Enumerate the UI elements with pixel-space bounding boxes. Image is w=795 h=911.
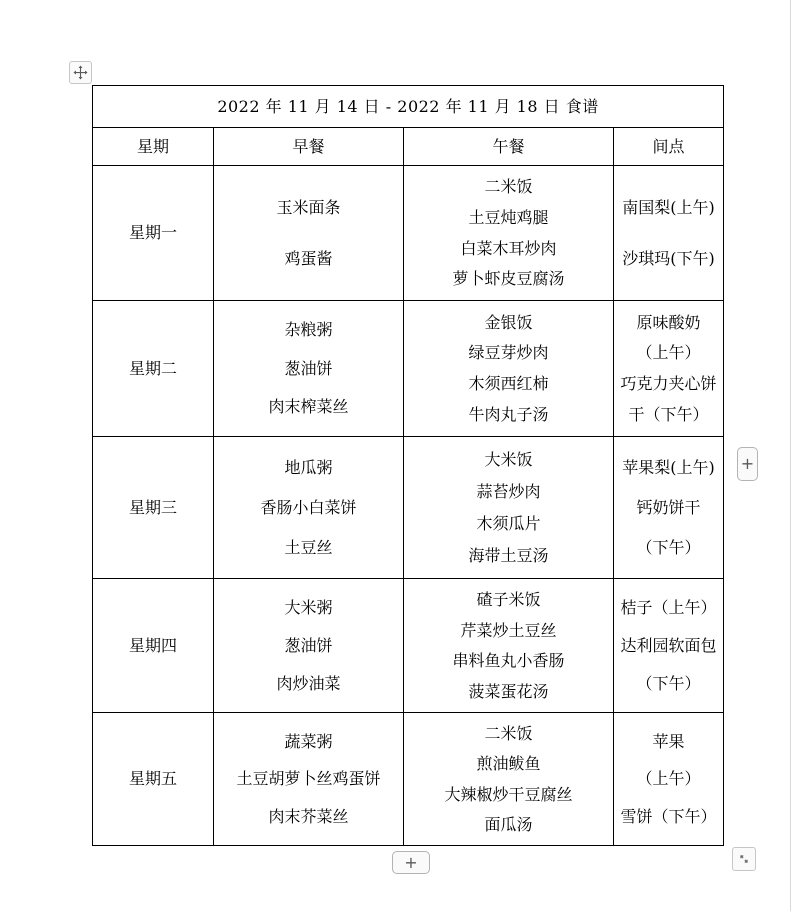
day-cell[interactable]: 星期二	[93, 301, 214, 437]
add-column-button[interactable]: +	[737, 447, 758, 481]
plus-icon: +	[404, 855, 417, 871]
menu-item: 葱油饼	[284, 359, 332, 378]
plus-icon: +	[741, 456, 754, 472]
breakfast-cell[interactable]: 杂粮粥 葱油饼 肉末榨菜丝	[214, 301, 404, 437]
menu-item: 二米饭	[484, 177, 532, 196]
resize-icon	[737, 852, 751, 866]
menu-item: 干（下午）	[629, 405, 709, 424]
menu-item: 地瓜粥	[284, 458, 332, 477]
table-row-wednesday: 星期三 地瓜粥 香肠小白菜饼 土豆丝 大米饭 蒜苔炒肉 木须瓜片 海带土豆汤 苹…	[93, 437, 724, 579]
menu-item: 苹果	[653, 732, 685, 751]
menu-item: 肉末芥菜丝	[268, 807, 348, 826]
lunch-cell[interactable]: 大米饭 蒜苔炒肉 木须瓜片 海带土豆汤	[404, 437, 614, 579]
menu-item: 南国梨(上午)	[622, 198, 715, 217]
day-label: 星期二	[129, 359, 177, 378]
table-row-monday: 星期一 玉米面条 鸡蛋酱 二米饭 土豆炖鸡腿 白菜木耳炒肉 萝卜虾皮豆腐汤 南国…	[93, 166, 724, 301]
day-label: 星期五	[129, 769, 177, 788]
menu-item: （下午）	[637, 674, 701, 693]
lunch-cell[interactable]: 金银饭 绿豆芽炒肉 木须西红柿 牛肉丸子汤	[404, 301, 614, 437]
header-row: 星期 早餐 午餐 间点	[93, 128, 724, 166]
menu-item: （上午）	[637, 343, 701, 362]
menu-item: 桔子（上午）	[621, 598, 717, 617]
menu-item: 土豆丝	[284, 538, 332, 557]
menu-item: 沙琪玛(下午)	[622, 249, 715, 268]
menu-item: 达利园软面包	[621, 636, 717, 655]
day-label: 星期一	[129, 223, 177, 242]
lunch-cell[interactable]: 二米饭 煎油鲅鱼 大辣椒炒干豆腐丝 面瓜汤	[404, 713, 614, 846]
breakfast-cell[interactable]: 大米粥 葱油饼 肉炒油菜	[214, 579, 404, 713]
menu-item: 大米粥	[284, 598, 332, 617]
menu-item: 香肠小白菜饼	[260, 498, 356, 517]
day-cell[interactable]: 星期一	[93, 166, 214, 301]
menu-item: 金银饭	[484, 313, 532, 332]
menu-item: 绿豆芽炒肉	[468, 343, 548, 362]
table-row-tuesday: 星期二 杂粮粥 葱油饼 肉末榨菜丝 金银饭 绿豆芽炒肉 木须西红柿 牛肉丸子汤 …	[93, 301, 724, 437]
menu-item: 杂粮粥	[284, 320, 332, 339]
menu-item: 海带土豆汤	[468, 546, 548, 565]
menu-item: 巧克力夹心饼	[621, 374, 717, 393]
day-label: 星期三	[129, 498, 177, 517]
breakfast-cell[interactable]: 地瓜粥 香肠小白菜饼 土豆丝	[214, 437, 404, 579]
menu-item: 肉末榨菜丝	[268, 397, 348, 416]
menu-item: 土豆炖鸡腿	[468, 208, 548, 227]
menu-item: 土豆胡萝卜丝鸡蛋饼	[236, 769, 380, 788]
snack-cell[interactable]: 苹果 （上午） 雪饼（下午）	[614, 713, 724, 846]
table-row-thursday: 星期四 大米粥 葱油饼 肉炒油菜 碴子米饭 芹菜炒土豆丝 串料鱼丸小香肠 菠菜蛋…	[93, 579, 724, 713]
menu-item: 碴子米饭	[476, 590, 540, 609]
header-snack[interactable]: 间点	[614, 128, 724, 166]
menu-item: 煎油鲅鱼	[476, 754, 540, 773]
day-cell[interactable]: 星期四	[93, 579, 214, 713]
snack-cell[interactable]: 南国梨(上午) 沙琪玛(下午)	[614, 166, 724, 301]
snack-cell[interactable]: 苹果梨(上午) 钙奶饼干 （下午）	[614, 437, 724, 579]
header-week[interactable]: 星期	[93, 128, 214, 166]
menu-item: 木须西红柿	[468, 374, 548, 393]
menu-item: 菠菜蛋花汤	[468, 682, 548, 701]
menu-item: 面瓜汤	[484, 815, 532, 834]
snack-cell[interactable]: 原味酸奶 （上午） 巧克力夹心饼 干（下午）	[614, 301, 724, 437]
menu-item: （下午）	[637, 538, 701, 557]
table-move-handle[interactable]	[69, 61, 92, 84]
add-row-button[interactable]: +	[392, 851, 430, 874]
breakfast-cell[interactable]: 玉米面条 鸡蛋酱	[214, 166, 404, 301]
menu-item: 白菜木耳炒肉	[460, 239, 556, 258]
menu-item: 玉米面条	[276, 198, 340, 217]
menu-item: 木须瓜片	[476, 514, 540, 533]
menu-item: 大米饭	[484, 450, 532, 469]
menu-item: 芹菜炒土豆丝	[460, 621, 556, 640]
menu-item: 牛肉丸子汤	[468, 405, 548, 424]
menu-item: 蒜苔炒肉	[476, 482, 540, 501]
menu-table: 2022 年 11 月 14 日 - 2022 年 11 月 18 日 食谱 星…	[92, 85, 724, 846]
day-cell[interactable]: 星期三	[93, 437, 214, 579]
menu-item: 鸡蛋酱	[284, 249, 332, 268]
header-lunch[interactable]: 午餐	[404, 128, 614, 166]
menu-item: （上午）	[637, 769, 701, 788]
lunch-cell[interactable]: 二米饭 土豆炖鸡腿 白菜木耳炒肉 萝卜虾皮豆腐汤	[404, 166, 614, 301]
lunch-cell[interactable]: 碴子米饭 芹菜炒土豆丝 串料鱼丸小香肠 菠菜蛋花汤	[404, 579, 614, 713]
menu-item: 蔬菜粥	[284, 732, 332, 751]
menu-item: 串料鱼丸小香肠	[452, 651, 564, 670]
breakfast-cell[interactable]: 蔬菜粥 土豆胡萝卜丝鸡蛋饼 肉末芥菜丝	[214, 713, 404, 846]
menu-item: 大辣椒炒干豆腐丝	[444, 785, 572, 804]
menu-item: 葱油饼	[284, 636, 332, 655]
menu-item: 雪饼（下午）	[621, 807, 717, 826]
menu-item: 二米饭	[484, 724, 532, 743]
header-breakfast[interactable]: 早餐	[214, 128, 404, 166]
menu-item: 苹果梨(上午)	[622, 458, 715, 477]
menu-item: 钙奶饼干	[637, 498, 701, 517]
table-resize-handle[interactable]	[732, 847, 756, 871]
menu-item: 萝卜虾皮豆腐汤	[452, 269, 564, 288]
menu-item: 肉炒油菜	[276, 674, 340, 693]
menu-item: 原味酸奶	[637, 313, 701, 332]
day-label: 星期四	[129, 636, 177, 655]
page-edge-divider	[790, 0, 791, 911]
title-row: 2022 年 11 月 14 日 - 2022 年 11 月 18 日 食谱	[93, 86, 724, 128]
table-title[interactable]: 2022 年 11 月 14 日 - 2022 年 11 月 18 日 食谱	[93, 86, 724, 128]
day-cell[interactable]: 星期五	[93, 713, 214, 846]
table-row-friday: 星期五 蔬菜粥 土豆胡萝卜丝鸡蛋饼 肉末芥菜丝 二米饭 煎油鲅鱼 大辣椒炒干豆腐…	[93, 713, 724, 846]
snack-cell[interactable]: 桔子（上午） 达利园软面包 （下午）	[614, 579, 724, 713]
move-icon	[73, 65, 88, 80]
